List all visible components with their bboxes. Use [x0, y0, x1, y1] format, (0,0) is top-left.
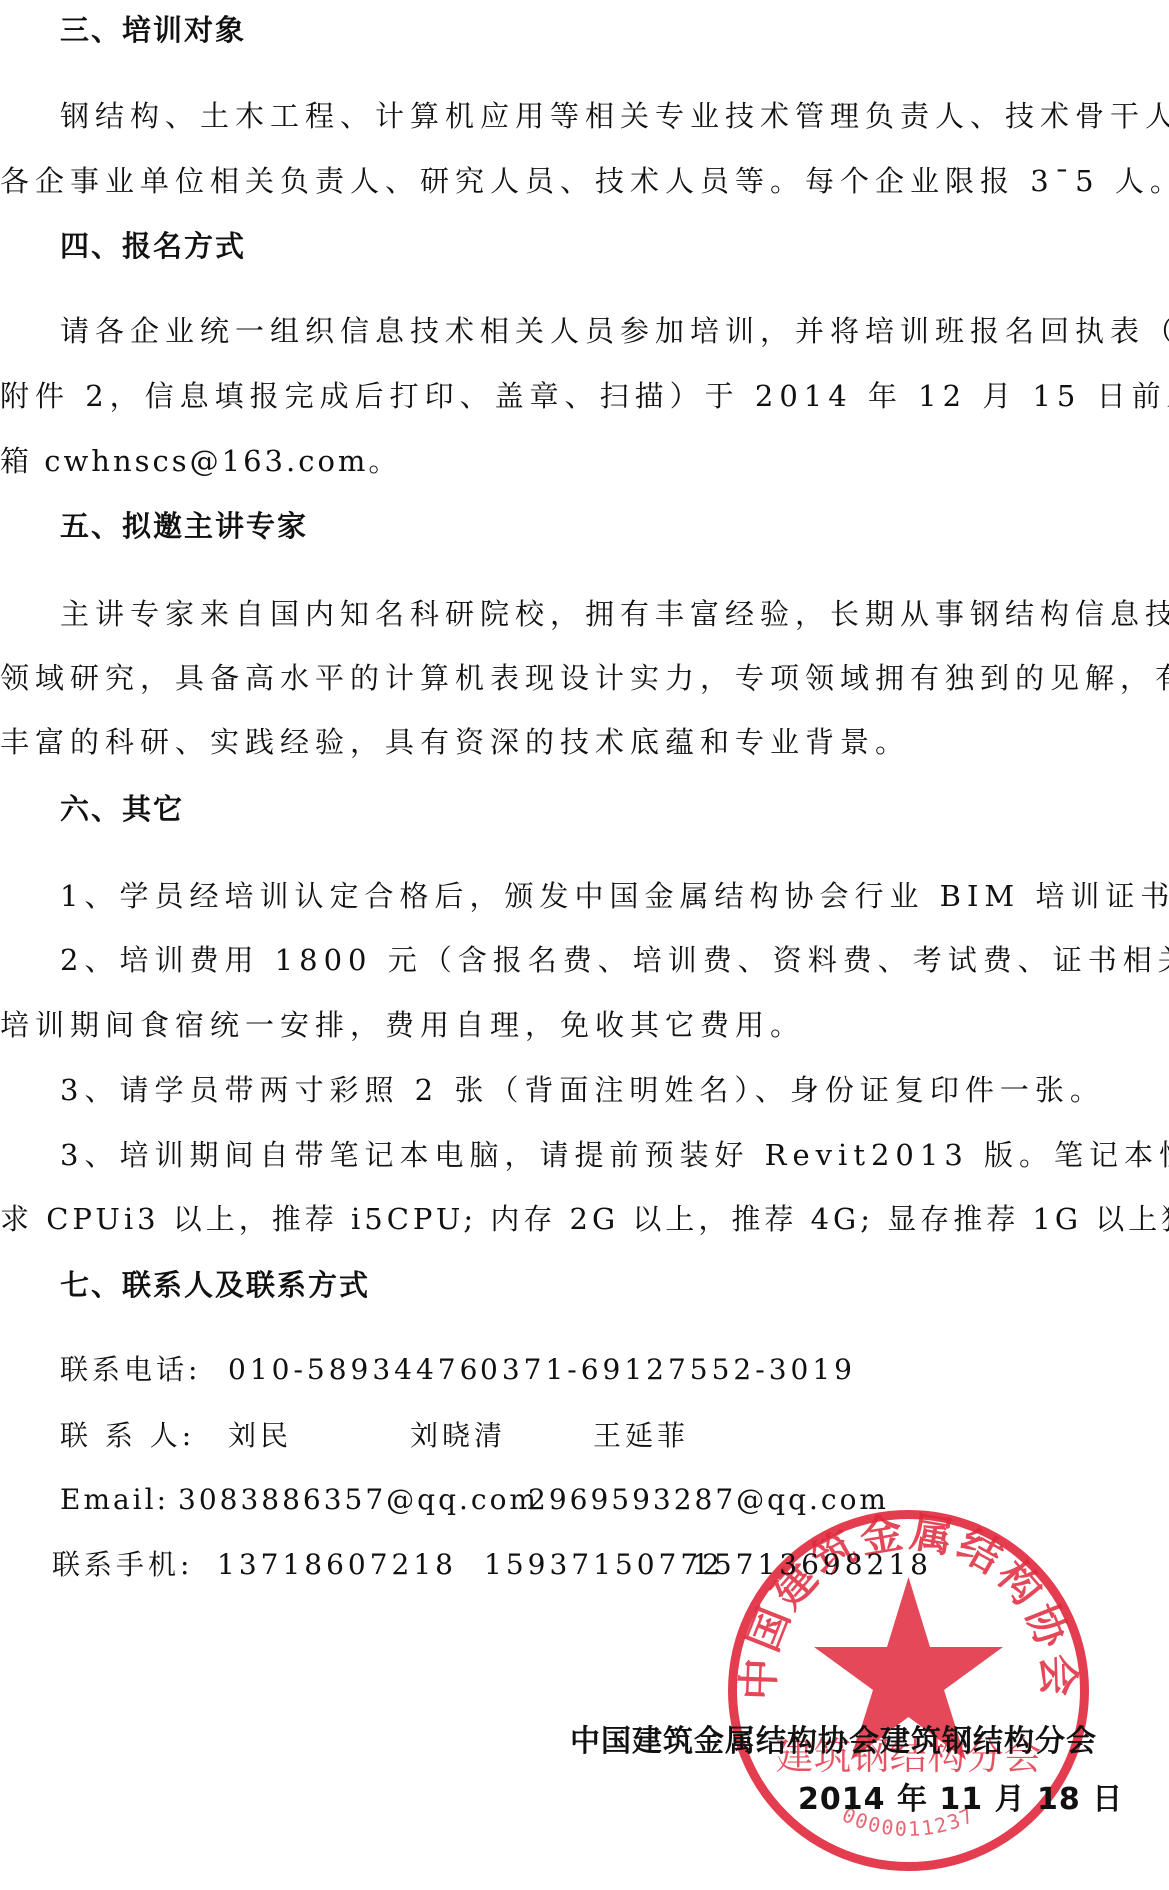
phone-value: 010-58934476 — [228, 1350, 481, 1390]
contact-mobile-row: 联系手机: 13718607218 15937150772 1571369821… — [52, 1545, 1152, 1585]
paragraph-line: 丰富的科研、实践经验，具有资深的技术底蕴和专业背景。 — [0, 722, 910, 762]
paragraph-line: 附件 2，信息填报完成后打印、盖章、扫描）于 2014 年 12 月 15 日前… — [0, 376, 1169, 416]
contact-email-row: Email: 3083886357@qq.com 2969593287@qq.c… — [60, 1480, 1160, 1520]
person-name: 刘民 — [228, 1416, 292, 1456]
mobile-value: 15937150772 — [484, 1545, 724, 1585]
section-heading-3: 三、培训对象 — [60, 10, 246, 50]
list-item-continuation: 培训期间食宿统一安排，费用自理，免收其它费用。 — [0, 1005, 805, 1045]
paragraph-line: 主讲专家来自国内知名科研院校，拥有丰富经验，长期从事钢结构信息技术 — [60, 594, 1169, 634]
section-heading-5: 五、拟邀主讲专家 — [60, 506, 308, 546]
email-link[interactable]: 3083886357@qq.com — [178, 1480, 539, 1520]
person-label: 联 系 人: — [60, 1416, 195, 1456]
registration-email-line: 箱 cwhnscs@163.com。 — [0, 441, 400, 481]
contact-person-row: 联 系 人: 刘民 刘晓清 王延菲 — [60, 1416, 1160, 1456]
person-name: 王延菲 — [593, 1416, 689, 1456]
issuing-organization: 中国建筑金属结构协会建筑钢结构分会 — [570, 1722, 1097, 1762]
paragraph-line: 钢结构、土木工程、计算机应用等相关专业技术管理负责人、技术骨干人员， — [60, 96, 1169, 136]
list-item: 3、请学员带两寸彩照 2 张（背面注明姓名）、身份证复印件一张。 — [60, 1070, 1105, 1110]
email-label: Email: — [60, 1480, 169, 1520]
mobile-label: 联系手机: — [52, 1545, 193, 1585]
paragraph-line: 领域研究，具备高水平的计算机表现设计实力，专项领域拥有独到的见解，有着 — [0, 658, 1169, 698]
section-heading-6: 六、其它 — [60, 789, 184, 829]
issue-date: 2014 年 11 月 18 日 — [798, 1780, 1123, 1820]
phone-value: 0371-69127552-3019 — [480, 1350, 856, 1390]
list-item: 3、培训期间自带笔记本电脑，请提前预装好 Revit2013 版。笔记本性能要 — [60, 1135, 1169, 1175]
phone-label: 联系电话: — [60, 1350, 201, 1390]
list-item: 2、培训费用 1800 元（含报名费、培训费、资料费、考试费、证书相关费用）， — [60, 940, 1169, 980]
section-heading-7: 七、联系人及联系方式 — [60, 1265, 370, 1305]
list-item-continuation: 求 CPUi3 以上，推荐 i5CPU; 内存 2G 以上，推荐 4G; 显存推… — [0, 1199, 1169, 1239]
person-name: 刘晓清 — [410, 1416, 506, 1456]
mobile-value: 13718607218 — [217, 1545, 457, 1585]
contact-phone-row: 联系电话: 010-58934476 0371-69127552-3019 — [60, 1350, 1160, 1390]
mobile-value: 15713698218 — [692, 1545, 932, 1585]
list-item: 1、学员经培训认定合格后，颁发中国金属结构协会行业 BIM 培训证书。 — [60, 876, 1169, 916]
paragraph-line: 请各企业统一组织信息技术相关人员参加培训，并将培训班报名回执表（见 — [60, 311, 1169, 351]
paragraph-line: 各企事业单位相关负责人、研究人员、技术人员等。每个企业限报 3¯5 人。 — [0, 161, 1169, 201]
section-heading-4: 四、报名方式 — [60, 226, 246, 266]
email-link[interactable]: 2969593287@qq.com — [528, 1480, 889, 1520]
